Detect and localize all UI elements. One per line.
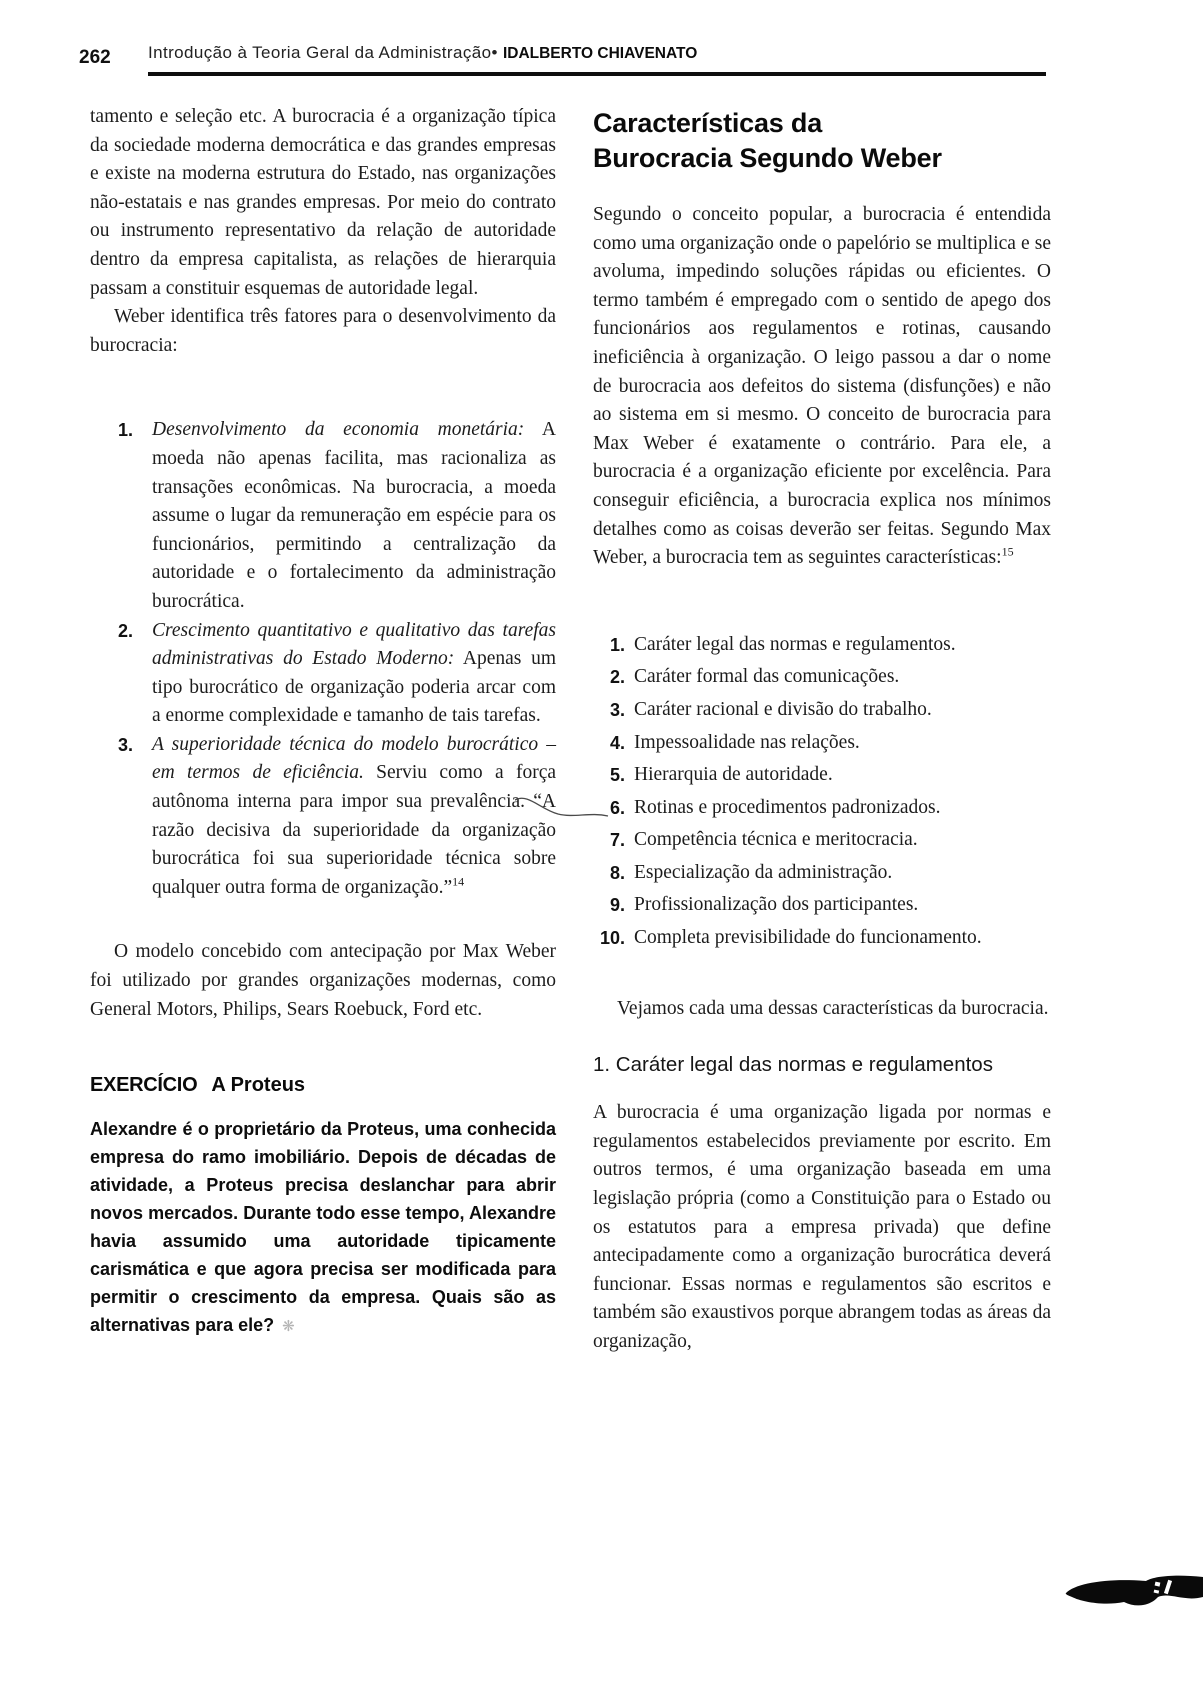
item-text: Completa previsibilidade do funcionament… (634, 924, 1051, 953)
item-number: 5. (593, 761, 625, 790)
item-text: Caráter legal das normas e regulamentos. (634, 631, 1051, 660)
list-item: 1. Desenvolvimento da economia monetária… (118, 416, 556, 616)
running-header: Introdução à Teoria Geral da Administraç… (148, 43, 697, 63)
paragraph: Vejamos cada uma dessas características … (593, 995, 1051, 1024)
item-text: Caráter racional e divisão do trabalho. (634, 696, 1051, 725)
item-number: 7. (593, 826, 625, 855)
right-column: Características da Burocracia Segundo We… (593, 106, 1051, 1357)
list-item: 6. Rotinas e procedimentos padronizados. (593, 794, 1051, 823)
footnote-ref: 15 (1002, 545, 1014, 559)
section-heading-line2: Burocracia Segundo Weber (593, 141, 1051, 176)
footnote-ref: 14 (452, 874, 464, 888)
ink-smudge-icon (1058, 1566, 1203, 1618)
item-text: Impessoalidade nas relações. (634, 729, 1051, 758)
paragraph: Segundo o conceito popular, a burocracia… (593, 201, 1051, 573)
flower-end-mark-icon: ❋ (274, 1318, 295, 1335)
item-number: 8. (593, 859, 625, 888)
paragraph: O modelo concebido com antecipação por M… (90, 938, 556, 1024)
item-number: 1. (118, 416, 152, 616)
list-item: 2. Crescimento quantitativo e qualitativ… (118, 617, 556, 731)
pen-mark-scribble (512, 790, 612, 824)
list-item: 4. Impessoalidade nas relações. (593, 729, 1051, 758)
item-text: Rotinas e procedimentos padronizados. (634, 794, 1051, 823)
item-text: Caráter formal das comunicações. (634, 663, 1051, 692)
item-text: Competência técnica e meritocracia. (634, 826, 1051, 855)
item-number: 10. (593, 924, 625, 953)
paragraph: tamento e seleção etc. A burocracia é a … (90, 103, 556, 303)
item-text: Crescimento quantitativo e qualitativo d… (152, 617, 556, 731)
section-heading: Características da Burocracia Segundo We… (593, 106, 1051, 176)
list-item: 2. Caráter formal das comunicações. (593, 663, 1051, 692)
exercise-heading: EXERCÍCIOA Proteus (90, 1074, 556, 1097)
factors-list: 1. Desenvolvimento da economia monetária… (118, 416, 556, 902)
exercise-label: EXERCÍCIO (90, 1074, 197, 1096)
header-separator: • (491, 43, 497, 62)
item-text: A superioridade técnica do modelo burocr… (152, 731, 556, 903)
page-number: 262 (79, 47, 111, 69)
list-item: 7. Competência técnica e meritocracia. (593, 826, 1051, 855)
item-number: 2. (593, 663, 625, 692)
item-text: Profissionalização dos participantes. (634, 891, 1051, 920)
item-text: Especialização da administração. (634, 859, 1051, 888)
item-text: Hierarquia de autoridade. (634, 761, 1051, 790)
item-text: Desenvolvimento da economia monetária: A… (152, 416, 556, 616)
book-page: 262 Introdução à Teoria Geral da Adminis… (0, 0, 1203, 1693)
left-column: tamento e seleção etc. A burocracia é a … (90, 103, 556, 1341)
item-number: 1. (593, 631, 625, 660)
list-item: 8. Especialização da administração. (593, 859, 1051, 888)
item-number: 4. (593, 729, 625, 758)
exercise-block: EXERCÍCIOA Proteus Alexandre é o proprie… (90, 1074, 556, 1341)
exercise-title: A Proteus (211, 1074, 305, 1096)
section-heading-line1: Características da (593, 106, 1051, 141)
subsection-heading: 1. Caráter legal das normas e regulament… (593, 1053, 1051, 1077)
author-name: IDALBERTO CHIAVENATO (503, 45, 697, 62)
list-item: 5. Hierarquia de autoridade. (593, 761, 1051, 790)
paragraph: A burocracia é uma organização ligada po… (593, 1099, 1051, 1356)
item-number: 3. (118, 731, 152, 903)
list-item: 3. A superioridade técnica do modelo bur… (118, 731, 556, 903)
list-item: 1. Caráter legal das normas e regulament… (593, 631, 1051, 660)
list-item: 9. Profissionalização dos participantes. (593, 891, 1051, 920)
item-number: 3. (593, 696, 625, 725)
paragraph: Weber identifica três fatores para o des… (90, 303, 556, 360)
exercise-body: Alexandre é o proprietário da Proteus, u… (90, 1115, 556, 1341)
item-number: 2. (118, 617, 152, 731)
characteristics-list: 1. Caráter legal das normas e regulament… (593, 631, 1051, 953)
list-item: 3. Caráter racional e divisão do trabalh… (593, 696, 1051, 725)
list-item: 10. Completa previsibilidade do funciona… (593, 924, 1051, 953)
item-number: 9. (593, 891, 625, 920)
header-rule (148, 72, 1046, 76)
book-title: Introdução à Teoria Geral da Administraç… (148, 43, 491, 62)
